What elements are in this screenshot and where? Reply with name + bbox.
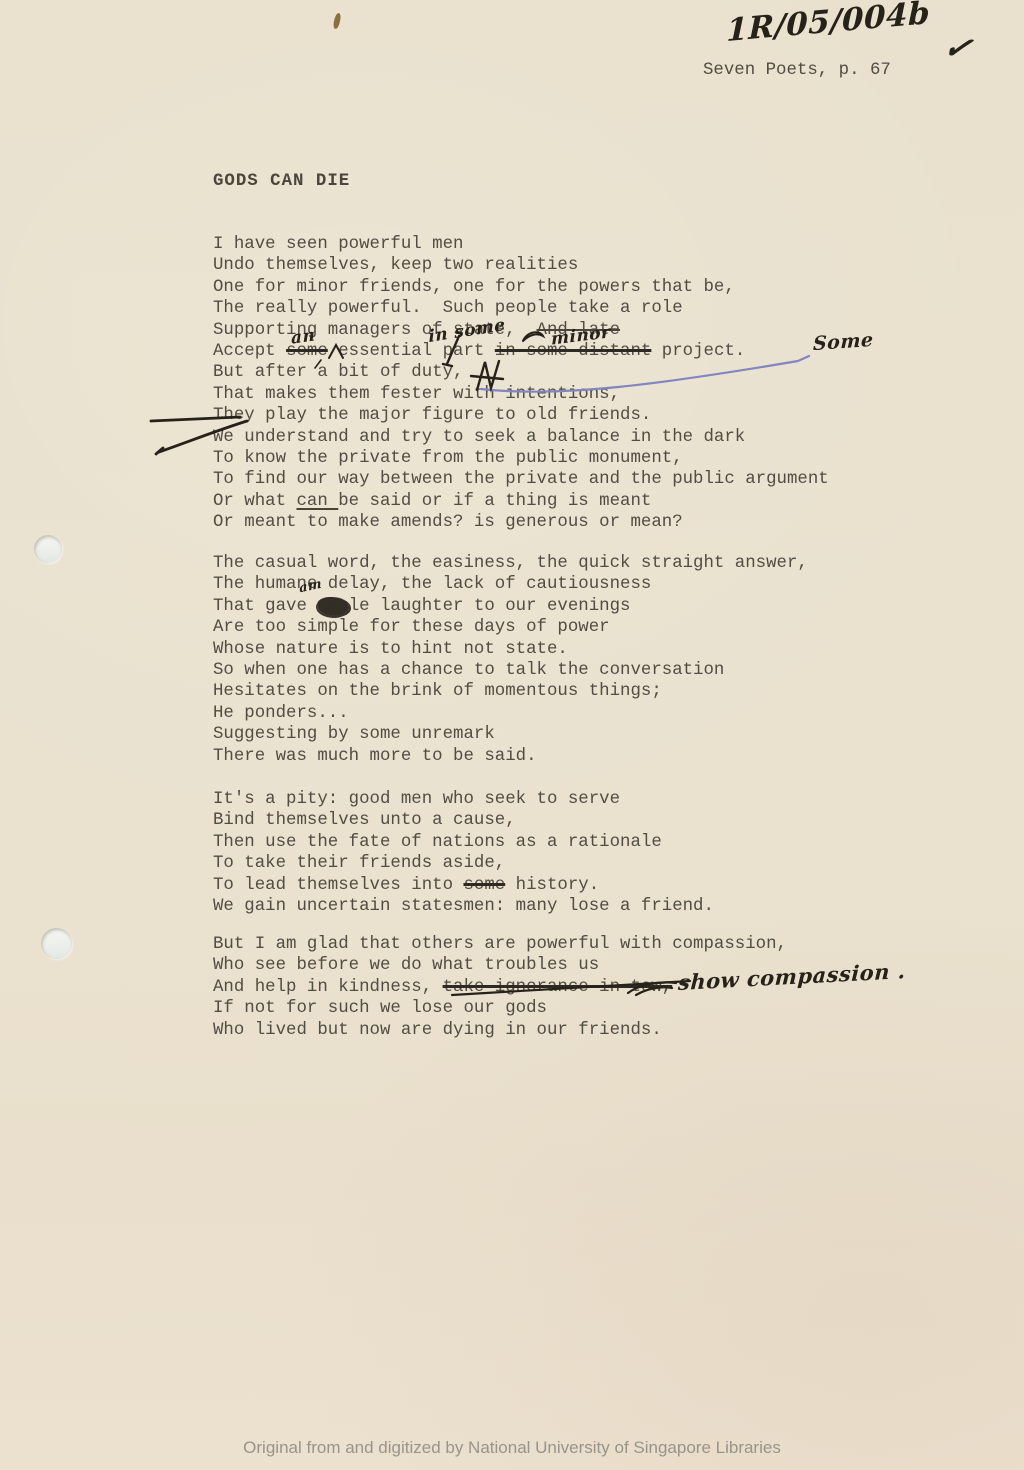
typed-text: The humane delay, the lack of cautiousne… (213, 575, 651, 594)
typed-text: le laughter to our evenings (349, 597, 631, 616)
stanza: I have seen powerful menUndo themselves,… (213, 234, 829, 534)
poem-line: Or what can be said or if a thing is mea… (213, 491, 829, 512)
typed-text: Who see before we do what troubles us (213, 956, 599, 975)
typed-text: Then use the fate of nations as a ration… (213, 833, 662, 852)
poem-line: But I am glad that others are powerful w… (213, 934, 787, 955)
typed-text: We understand and try to seek a balance … (213, 428, 745, 447)
poem-line: They play the major figure to old friend… (213, 405, 829, 426)
poem-line: He ponders... (213, 703, 808, 724)
typed-text: Are too simple for these days of power (213, 618, 610, 637)
poem-line: To know the private from the public monu… (213, 448, 829, 469)
typed-text: To lead themselves into (213, 876, 463, 895)
typed-text: The really powerful. Such people take a … (213, 299, 683, 318)
stanza: It's a pity: good men who seek to serveB… (213, 789, 714, 917)
typed-text: That gave (213, 597, 317, 616)
poem-line: Or meant to make amends? is generous or … (213, 512, 829, 533)
typed-text: Suggesting by some unremark (213, 725, 495, 744)
poem-line: I have seen powerful men (213, 234, 829, 255)
typed-text: Bind themselves unto a cause, (213, 811, 516, 830)
typed-text: And help in kindness, (213, 978, 443, 997)
margin-some: Some (813, 329, 874, 355)
typed-text: To find our way between the private and … (213, 470, 829, 489)
typed-text: We gain uncertain statesmen: many lose a… (213, 897, 714, 916)
typed-text: essential part (328, 342, 495, 361)
poem-line: To take their friends aside, (213, 853, 714, 874)
typed-text: But after a bit of duty, (213, 363, 463, 382)
typed-text: If not for such we lose our gods (213, 999, 547, 1018)
poem-line: Who lived but now are dying in our frien… (213, 1020, 787, 1041)
typed-text: That makes them fester with intentions, (213, 385, 620, 404)
poem-line: Whose nature is to hint not state. (213, 639, 808, 660)
poem-line: Suggesting by some unremark (213, 724, 808, 745)
typed-text: He ponders... (213, 704, 349, 723)
typed-text: To take their friends aside, (213, 854, 505, 873)
poem-line: One for minor friends, one for the power… (213, 277, 829, 298)
typed-text: Hesitates on the brink of momentous thin… (213, 682, 662, 701)
poem-line: Hesitates on the brink of momentous thin… (213, 681, 808, 702)
typed-text: But I am glad that others are powerful w… (213, 935, 787, 954)
poem-line: Undo themselves, keep two realities (213, 255, 829, 276)
ink-speck (333, 13, 342, 30)
poem-line: There was much more to be said. (213, 746, 808, 767)
poem-line: The casual word, the easiness, the quick… (213, 553, 808, 574)
typed-text: The casual word, the easiness, the quick… (213, 554, 808, 573)
page-header: Seven Poets, p. 67 (703, 60, 891, 81)
insert-an: an (291, 325, 316, 348)
poem-line: Bind themselves unto a cause, (213, 810, 714, 831)
typed-text: They play the major figure to old friend… (213, 406, 651, 425)
poem-line: The really powerful. Such people take a … (213, 298, 829, 319)
check-mark: ✓ (939, 27, 976, 69)
typed-text: Or what (213, 492, 297, 511)
poem-line: Then use the fate of nations as a ration… (213, 832, 714, 853)
poem-title: GODS CAN DIE (213, 171, 350, 192)
typed-text: Whose nature is to hint not state. (213, 640, 568, 659)
poem-line: If not for such we lose our gods (213, 998, 787, 1019)
poem-line: Are too simple for these days of power (213, 617, 808, 638)
typed-text: Accept (213, 342, 286, 361)
struck-text: take ignorance in tow, (443, 978, 673, 997)
poem-line: But after a bit of duty, (213, 362, 829, 383)
typed-text: To know the private from the public monu… (213, 449, 683, 468)
typed-text: Who lived but now are dying in our frien… (213, 1021, 662, 1040)
poem-line: It's a pity: good men who seek to serve (213, 789, 714, 810)
poem-line: That makes them fester with intentions, (213, 384, 829, 405)
ink-blot-text: amp (317, 597, 348, 616)
punch-hole-top (34, 535, 62, 563)
typed-text: project. (651, 342, 745, 361)
typed-text: history. (505, 876, 599, 895)
typed-text: It's a pity: good men who seek to serve (213, 790, 620, 809)
struck-text: some (463, 876, 505, 895)
typed-text: be said or if a thing is meant (338, 492, 651, 511)
typed-text: Undo themselves, keep two realities (213, 256, 578, 275)
poem-line: So when one has a chance to talk the con… (213, 660, 808, 681)
typed-text: I have seen powerful men (213, 235, 463, 254)
scanned-manuscript-page: Seven Poets, p. 67 GODS CAN DIE I have s… (0, 0, 1024, 1470)
typed-text: There was much more to be said. (213, 747, 537, 766)
poem-line: We gain uncertain statesmen: many lose a… (213, 896, 714, 917)
ref-code: 1R/05/004b (726, 0, 930, 49)
library-watermark: Original from and digitized by National … (0, 1438, 1024, 1458)
punch-hole-bottom (41, 928, 72, 959)
typed-text: So when one has a chance to talk the con… (213, 661, 724, 680)
typed-text: Or meant to make amends? is generous or … (213, 513, 683, 532)
poem-line: We understand and try to seek a balance … (213, 427, 829, 448)
underlined-text: can (297, 492, 339, 511)
poem-line: To find our way between the private and … (213, 469, 829, 490)
poem-line: To lead themselves into some history. (213, 875, 714, 896)
typed-text: One for minor friends, one for the power… (213, 278, 735, 297)
poem-line: That gave ample laughter to our evenings (213, 596, 808, 617)
